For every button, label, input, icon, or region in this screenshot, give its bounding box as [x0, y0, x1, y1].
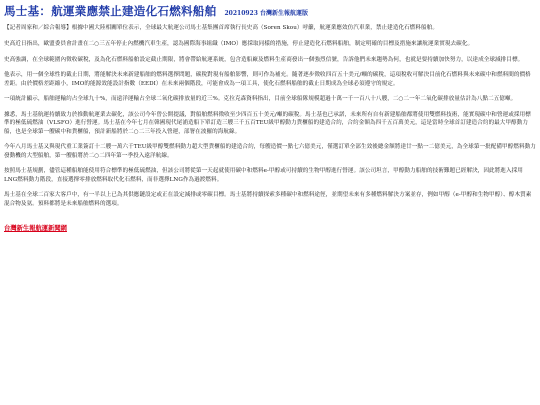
article-paragraph: 今年八月馬士基又與現代重工業簽訂十二艘一萬六千TEU級甲醇雙燃料動力超大型貨櫃船…	[4, 143, 536, 159]
article-paragraph: 馬士基在全球二百家大客戶中，有一半以上已為其供應鏈設定或正在設定減排或零碳目標。…	[4, 191, 536, 207]
article-paragraph: 史高近日指出，歐盟委員會計畫在二○三五年停止內燃機汽車生產，認為國際海事組織（I…	[4, 40, 536, 48]
article-title: 馬士基：航運業應禁止建造化石燃料船舶	[4, 4, 216, 18]
article-paragraph: 按照馬士基規劃，儘管這種船舶能使用符合標準的極低硫燃油，但該公司將從第一天起就使…	[4, 167, 536, 183]
article-paragraph: 他表示，用一個全球性的截止日期，將能解決未來新建船舶的燃料選擇問題，碳稅對現有船…	[4, 71, 536, 87]
article-paragraph: 史高強調，在全球範圍內徵收碳稅，及為化石燃料船舶設定截止期限，將會帶給航運系統，…	[4, 56, 536, 64]
article-paragraph: 據悉，馬士基航運持續致力於推動航運業去碳化，該公司今年曾公開提議，對船舶燃料徵收…	[4, 111, 536, 136]
article-header: 馬士基：航運業應禁止建造化石燃料船舶 20210923 台灣新生報航運版	[4, 3, 536, 21]
article-source-tag: 20210923 台灣新生報航運版	[225, 10, 309, 17]
article-page: 馬士基：航運業應禁止建造化石燃料船舶 20210923 台灣新生報航運版 【記者…	[0, 0, 540, 234]
article-body: 【記者周家和／綜合報導】根據中國大陸相關單位表示，全球最大航運公司馬士基集團首席…	[4, 24, 536, 208]
article-paragraph: 一項統計顯示，船舶運輸約占全球九十%，而遠洋運輸占全球二氧化碳排放量的近三%。克…	[4, 95, 536, 103]
article-paragraph: 【記者周家和／綜合報導】根據中國大陸相關單位表示，全球最大航運公司馬士基集團首席…	[4, 24, 536, 32]
news-site-link[interactable]: 台灣新生報航運新聞網	[4, 223, 67, 232]
